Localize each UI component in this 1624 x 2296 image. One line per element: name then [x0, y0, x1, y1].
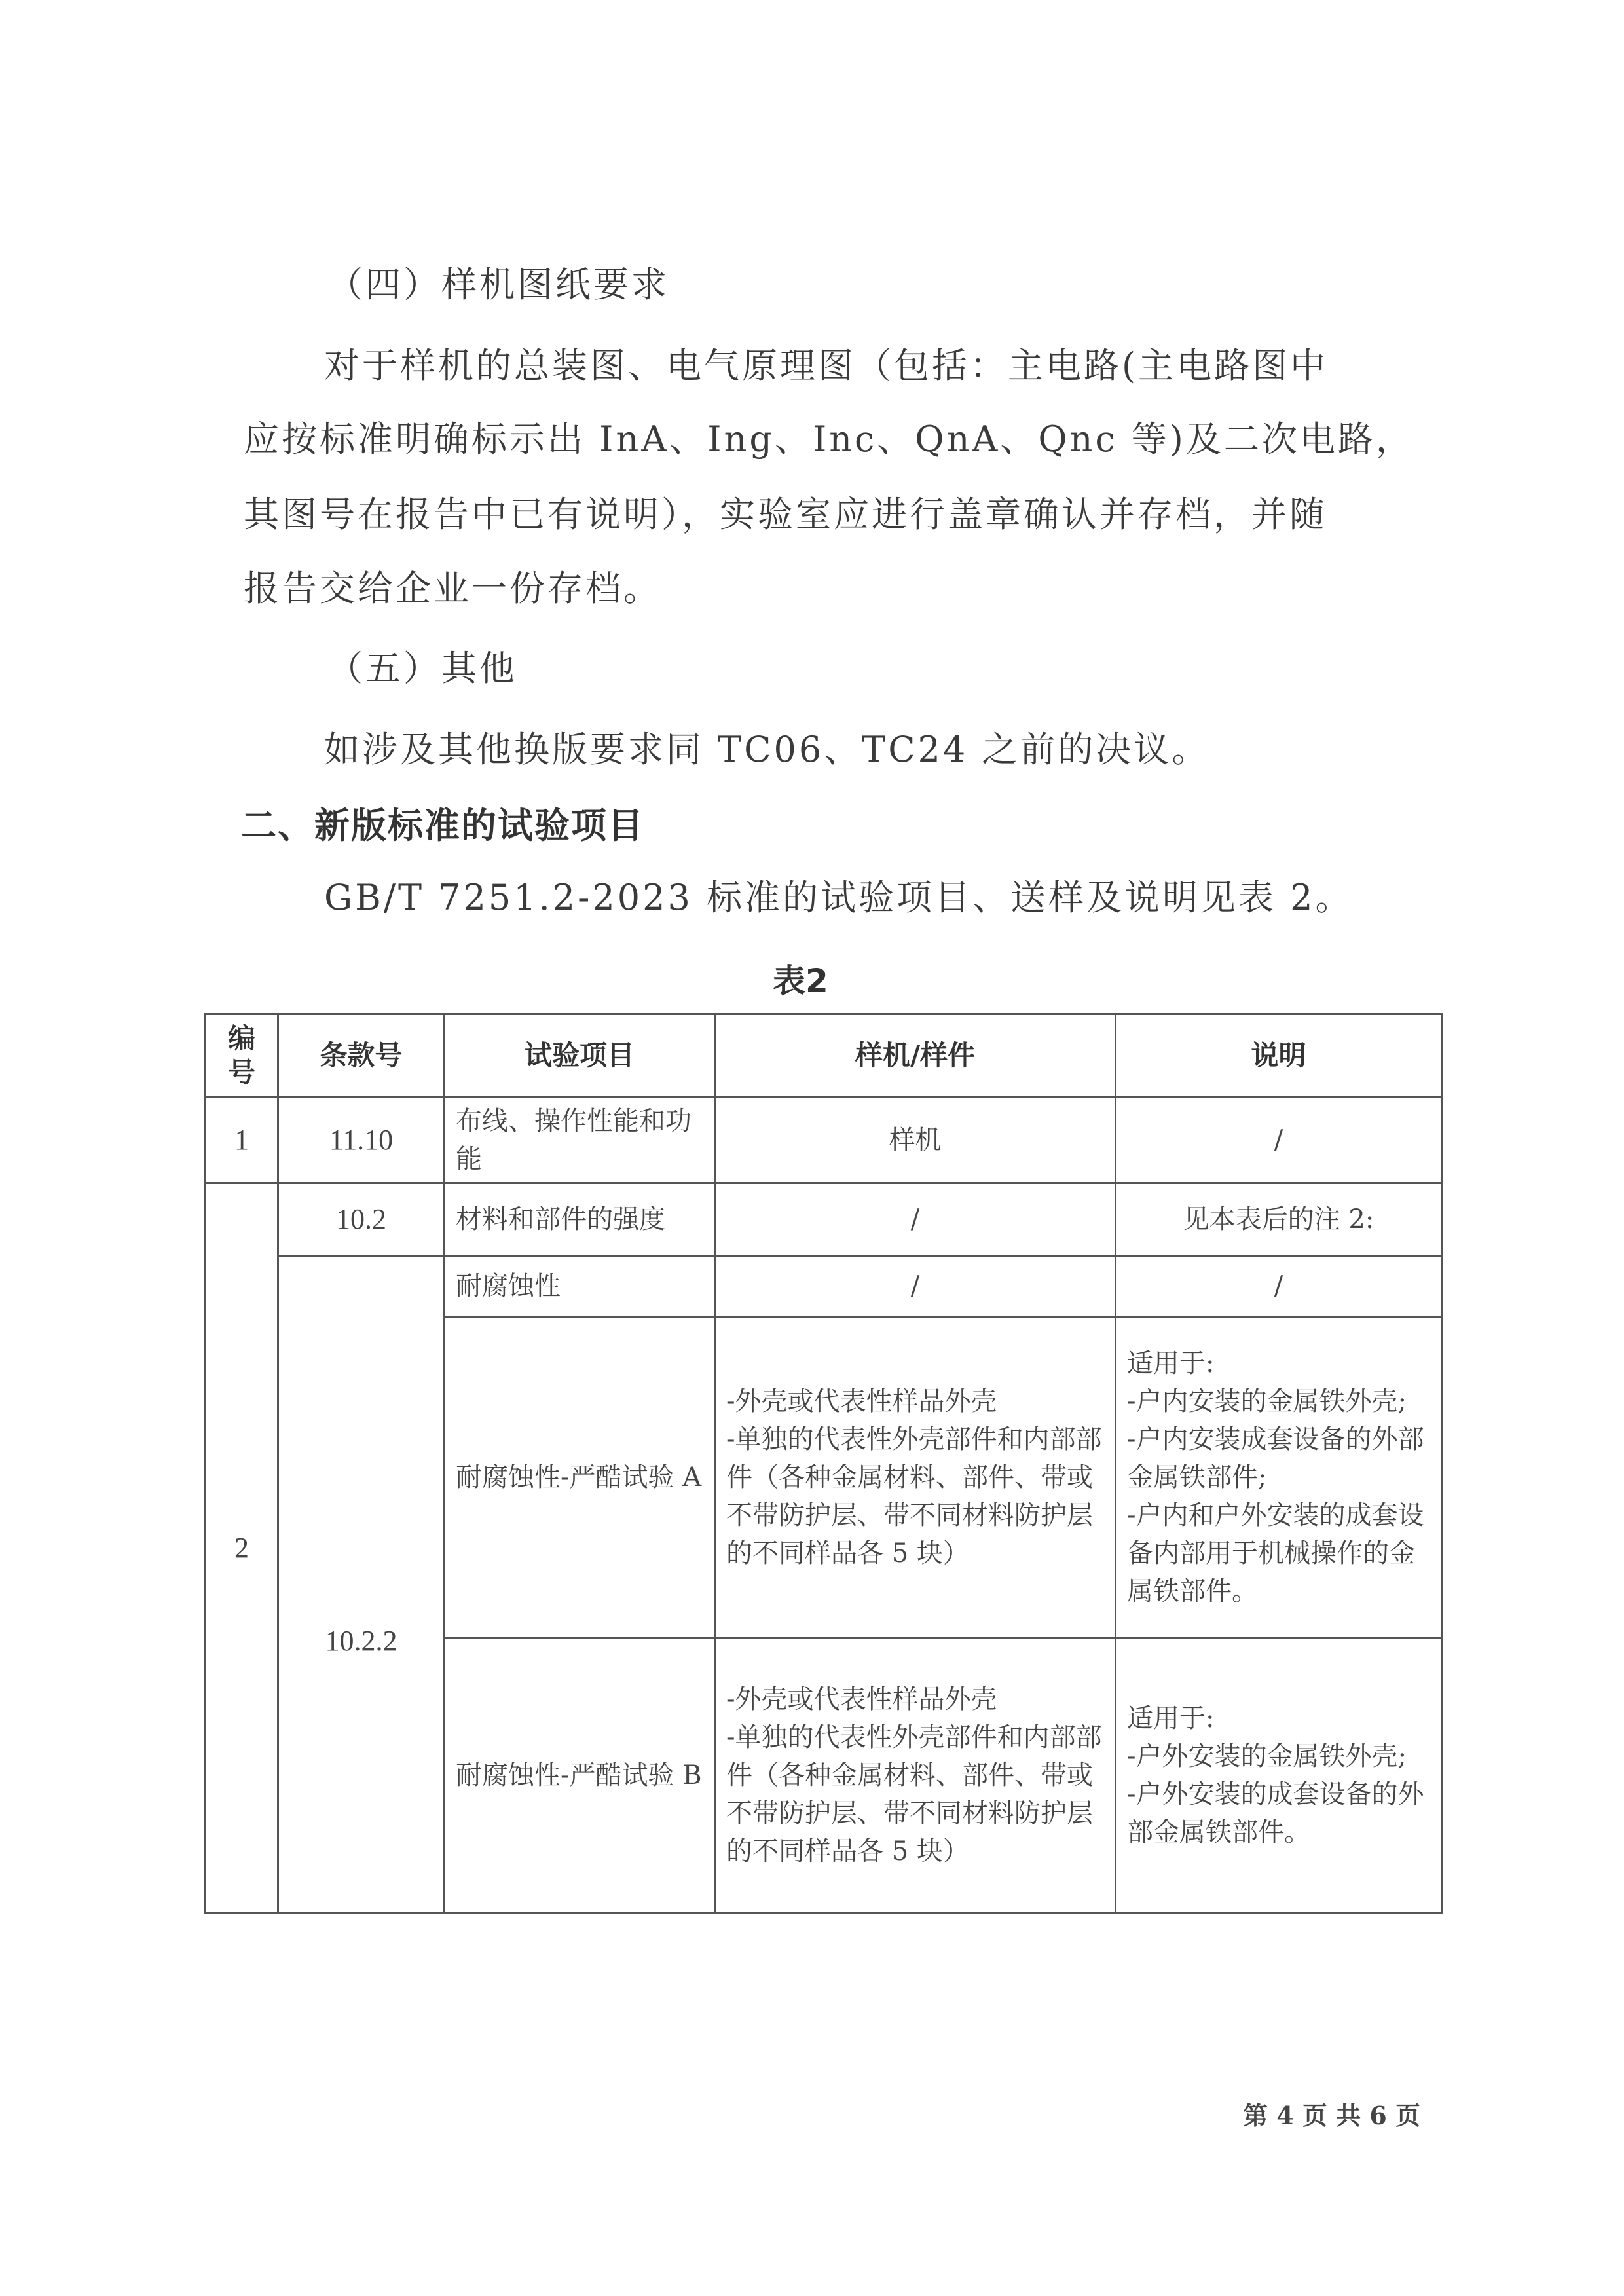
section-4-para-line-2: 应按标准明确标示出 InA、Ing、Inc、QnA、Qnc 等)及二次电路，	[244, 418, 1414, 461]
cell-item: 布线、操作性能和功能	[445, 1098, 715, 1183]
cell-item: 耐腐蚀性-严酷试验 B	[445, 1638, 715, 1913]
cell-clause: 10.2	[278, 1183, 445, 1256]
table-row: 1 11.10 布线、操作性能和功能 样机 /	[206, 1098, 1442, 1183]
cell-note: 适用于: -户外安装的金属铁外壳; -户外安装的成套设备的外部金属铁部件。	[1116, 1638, 1442, 1913]
section-5-heading: （五）其他	[327, 647, 517, 690]
table-row: 2 10.2 材料和部件的强度 / 见本表后的注 2:	[206, 1183, 1442, 1256]
cell-clause: 11.10	[278, 1098, 445, 1183]
table-header-row: 编 号 条款号 试验项目 样机/样件 说明	[206, 1014, 1442, 1098]
header-note: 说明	[1116, 1014, 1442, 1098]
cell-sample: /	[715, 1256, 1116, 1317]
part-2-intro: GB/T 7251.2-2023 标准的试验项目、送样及说明见表 2。	[324, 876, 1354, 919]
section-5-para: 如涉及其他换版要求同 TC06、TC24 之前的决议。	[324, 728, 1209, 771]
cell-item: 耐腐蚀性	[445, 1256, 715, 1317]
cell-sample: 样机	[715, 1098, 1116, 1183]
cell-note: 适用于: -户内安装的金属铁外壳; -户内安装成套设备的外部金属铁部件; -户内…	[1116, 1317, 1442, 1638]
cell-note: /	[1116, 1256, 1442, 1317]
section-4-para-line-4: 报告交给企业一份存档。	[244, 567, 661, 610]
header-clause: 条款号	[278, 1014, 445, 1098]
section-4-heading: （四）样机图纸要求	[327, 263, 669, 306]
section-4-para-line-3: 其图号在报告中已有说明），实验室应进行盖章确认并存档，并随	[244, 493, 1327, 536]
cell-note: /	[1116, 1098, 1442, 1183]
cell-note: 见本表后的注 2:	[1116, 1183, 1442, 1256]
header-item: 试验项目	[445, 1014, 715, 1098]
cell-item: 材料和部件的强度	[445, 1183, 715, 1256]
table-row: 10.2.2 耐腐蚀性 / /	[206, 1256, 1442, 1317]
part-2-heading: 二、新版标准的试验项目	[241, 804, 644, 847]
cell-sample: /	[715, 1183, 1116, 1256]
page-number: 第 4 页 共 6 页	[1243, 2096, 1420, 2132]
cell-item: 耐腐蚀性-严酷试验 A	[445, 1317, 715, 1638]
cell-no: 1	[206, 1098, 278, 1183]
cell-no: 2	[206, 1183, 278, 1913]
table-caption: 表2	[773, 955, 828, 1002]
cell-sample: -外壳或代表性样品外壳 -单独的代表性外壳部件和内部部件（各种金属材料、部件、带…	[715, 1317, 1116, 1638]
header-no: 编 号	[206, 1014, 278, 1098]
section-4-para-line-1: 对于样机的总装图、电气原理图（包括：主电路(主电路图中	[324, 344, 1328, 388]
test-items-table: 编 号 条款号 试验项目 样机/样件 说明 1 11.10 布线、操作性能和功能…	[204, 1013, 1443, 1914]
header-sample: 样机/样件	[715, 1014, 1116, 1098]
cell-sample: -外壳或代表性样品外壳 -单独的代表性外壳部件和内部部件（各种金属材料、部件、带…	[715, 1638, 1116, 1913]
cell-clause: 10.2.2	[278, 1256, 445, 1913]
